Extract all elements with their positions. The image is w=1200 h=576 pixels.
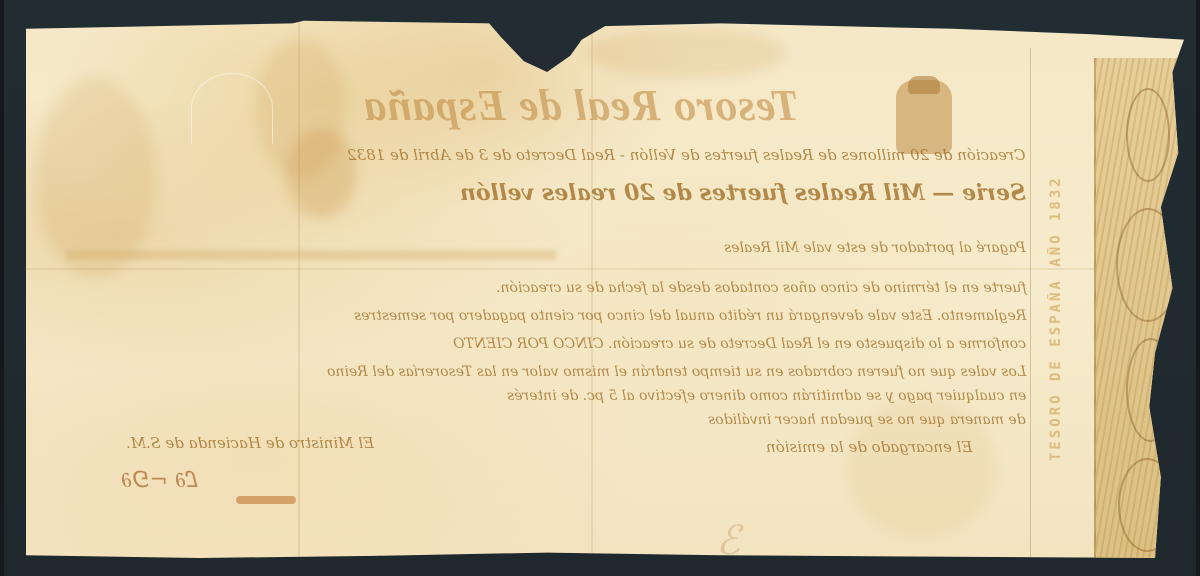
water-stain (36, 78, 156, 278)
water-stain (586, 28, 786, 78)
document-title: Tesoro Real de España (311, 80, 851, 131)
body-line: conforme a lo dispuesto en el Real Decre… (46, 336, 1026, 352)
ornamental-border (1094, 58, 1196, 568)
ornament-loop (1126, 338, 1175, 442)
body-line: Reglamento. Este vale devengará un rédit… (46, 308, 1026, 324)
faint-flourish: ℰ (716, 518, 740, 564)
body-line: en cualquier pago y se admitirán como di… (46, 388, 1026, 404)
body-line: fuerte en el término de cinco años conta… (46, 280, 1026, 296)
ornament-loop (1118, 458, 1177, 552)
royal-crest-icon (896, 80, 952, 154)
header-line: Creación de 20 millones de Reales fuerte… (156, 146, 1026, 164)
ornament-loop (1116, 208, 1180, 322)
treasury-bill: Tesoro Real de España Creación de 20 mil… (26, 18, 1184, 558)
ink-mark (236, 496, 296, 504)
ornament-loop (1126, 88, 1170, 182)
ruled-line (66, 250, 556, 260)
fold-line (26, 268, 1184, 270)
embossed-seal (191, 73, 273, 144)
signature-label-right: El encargado de la emisión (766, 438, 972, 456)
water-stain (286, 128, 356, 218)
handwritten-signature: Ꮭ∂ ⌐⅁∂ (121, 468, 199, 493)
side-band-text: TESORO DE ESPAÑA AÑO 1832 (1048, 78, 1078, 558)
value-line: Serie — Mil Reales fuertes de 20 reales … (406, 180, 1026, 206)
body-line: Los vales que no fueren cobrados en su t… (46, 364, 1026, 380)
signature-label-left: El Ministro de Hacienda de S.M. (126, 434, 374, 452)
body-line: de manera que no se puedan hacer inválid… (406, 412, 1026, 428)
mount-frame: Tesoro Real de España Creación de 20 mil… (0, 0, 1200, 576)
body-line: Pagaré al portador de este vale Mil Real… (506, 240, 1026, 256)
